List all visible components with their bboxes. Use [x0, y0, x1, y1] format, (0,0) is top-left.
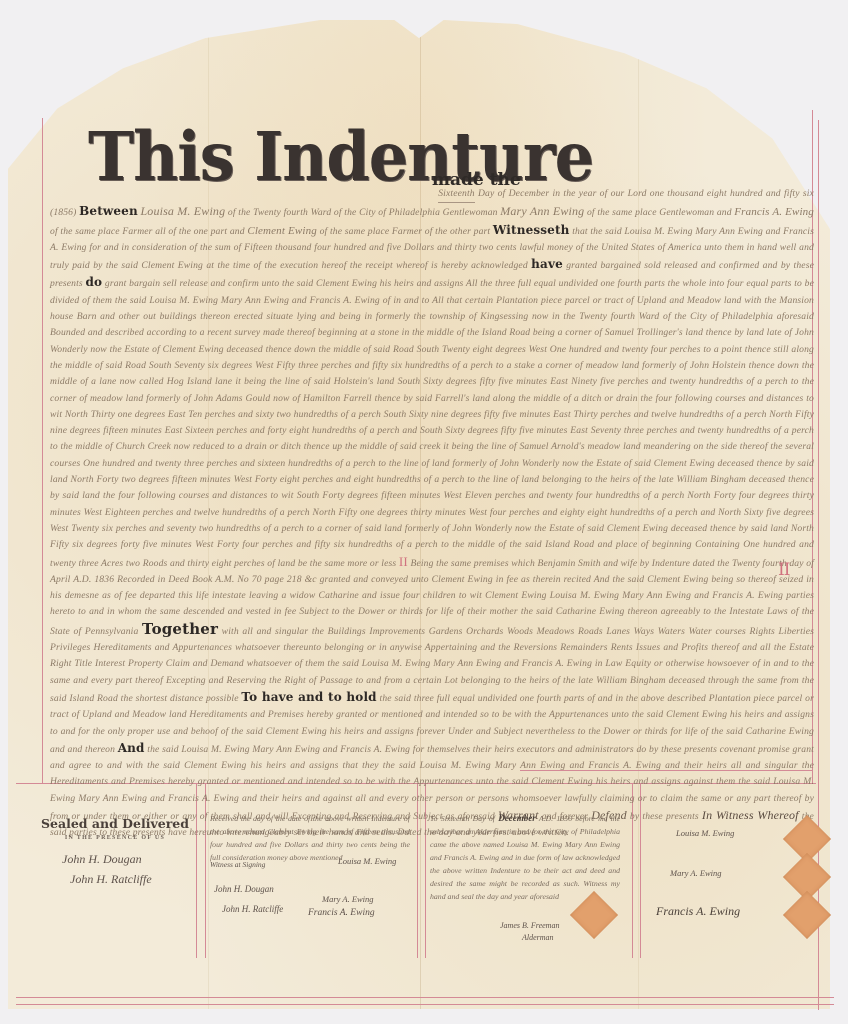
alderman-title: Alderman — [522, 933, 554, 942]
keyword-in-witness-whereof: In Witness Whereof — [702, 808, 799, 822]
receipt-signature: Francis A. Ewing — [308, 908, 375, 918]
grantor-signature: Mary A. Ewing — [670, 868, 722, 878]
roman-mark: II — [778, 560, 789, 580]
acknowledgment-text: To Sixteenth Day of December A.D. 1856 b… — [430, 812, 620, 903]
indenture-body: Sixteenth Day of December in the year of… — [50, 186, 814, 842]
keyword-witnesseth: Witnesseth — [493, 223, 570, 237]
receipt-signature: Mary A. Ewing — [322, 894, 374, 904]
keyword-do: do — [86, 275, 103, 289]
party-mary-ann: Mary Ann Ewing — [500, 204, 584, 218]
witness-signature: John H. Ratcliffe — [70, 872, 152, 887]
receipt-witness-signature: John H. Dougan — [214, 884, 274, 894]
receipt-signature: Louisa M. Ewing — [338, 856, 396, 866]
bottom-rule — [16, 1004, 834, 1005]
roman-mark: II — [399, 554, 408, 569]
alderman-signature: James B. Freeman — [500, 921, 559, 930]
date-month: December — [509, 188, 550, 199]
margin-rule-left — [42, 118, 43, 783]
sealed-title: Sealed and Delivered — [40, 816, 190, 831]
sealed-delivered-block: Sealed and Delivered IN THE PRESENCE OF … — [40, 816, 190, 841]
date-day: Sixteenth — [438, 186, 475, 203]
receipt-witness-label: Witness at Signing — [210, 860, 265, 869]
party-francis: Francis A. Ewing — [734, 206, 814, 218]
keyword-together: Together — [142, 620, 218, 638]
keyword-to-have-and-to-hold: To have and to hold — [241, 690, 376, 704]
party-clement: Clement Ewing — [247, 225, 317, 237]
keyword-have: have — [531, 257, 563, 271]
grantor-signature: Louisa M. Ewing — [676, 828, 734, 838]
grantor-signature: Francis A. Ewing — [656, 904, 740, 919]
keyword-between: Between — [79, 204, 138, 218]
keyword-and: And — [118, 741, 145, 755]
party-louisa: Louisa M. Ewing — [140, 204, 225, 218]
receipt-witness-signature: John H. Ratcliffe — [222, 904, 283, 914]
sealed-subtitle: IN THE PRESENCE OF US — [40, 835, 190, 841]
witness-signature: John H. Dougan — [62, 852, 142, 867]
bottom-rule — [16, 997, 834, 998]
